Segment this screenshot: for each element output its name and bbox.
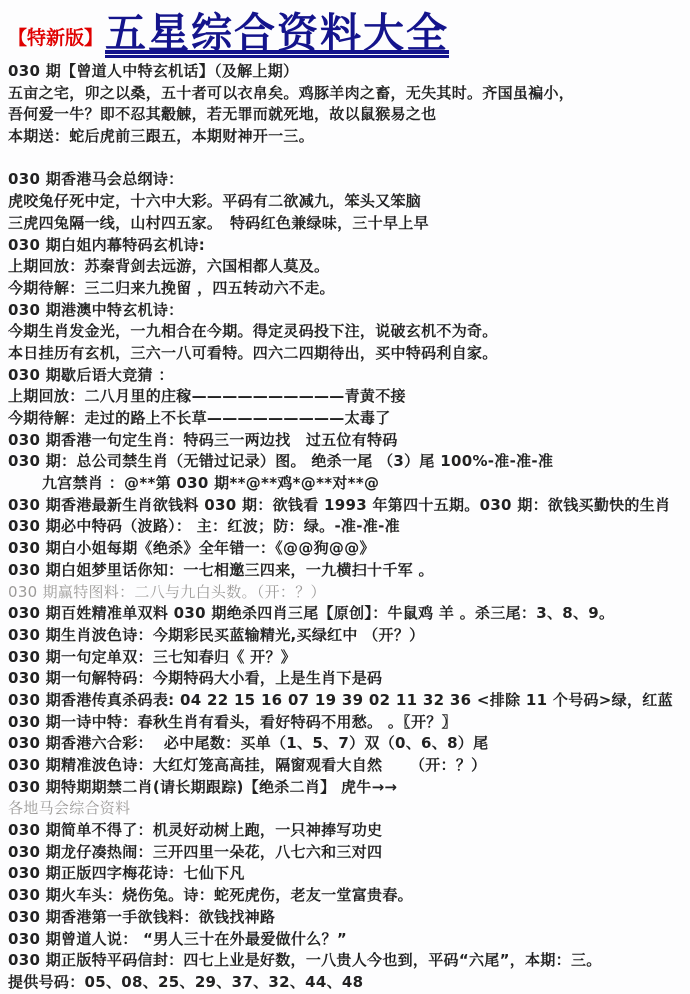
content-lines: 030 期【曾道人中特玄机话】（及解上期）五亩之宅，卯之以桑，五十者可以衣帛矣。… xyxy=(8,61,690,994)
text-line: 030 期特期期禁二肖(请长期跟踪)【绝杀二肖】 虎牛→→ xyxy=(8,777,690,799)
page-title: 五星综合资料大全 xyxy=(105,13,449,58)
text-line: 030 期白小姐每期《绝杀》全年错一：《@@狗@@》 xyxy=(8,538,690,560)
text-line: 030 期：总公司禁生肖（无错过记录）图。 绝杀一尾 （3）尾 100%-准-准… xyxy=(8,451,690,473)
text-line: 030 期必中特码（波路）： 主：红波；防：绿。-准-准-准 xyxy=(8,516,690,538)
text-line: 030 期歇后语大竞猜 ： xyxy=(8,365,690,387)
text-line: 030 期火车头：烧伤兔。诗：蛇死虎伤，老友一堂富贵春。 xyxy=(8,885,690,907)
text-line: 030 期赢特图料：二八与九白头数。（开：？） xyxy=(8,582,690,604)
text-line: 030 期一句解特码：今期特码大小看，上是生肖下是码 xyxy=(8,668,690,690)
text-line: 本日挂历有玄机，三六一八可看特。四六二四期待出，买中特码利自家。 xyxy=(8,343,690,365)
text-line: 030 期香港传真杀码表: 04 22 15 16 07 19 39 02 11… xyxy=(8,690,690,712)
text-line: 上期回放：二八月里的庄稼——————————青黄不接 xyxy=(8,386,690,408)
text-line: 030 期一诗中特：春秋生肖有看头，看好特码不用愁。 。〖开？〗 xyxy=(8,712,690,734)
text-line: 上期回放：苏秦背剑去远游，六国相都人莫及。 xyxy=(8,256,690,278)
text-line: 五亩之宅，卯之以桑，五十者可以衣帛矣。鸡豚羊肉之畜，无失其时。齐国虽褊小， xyxy=(8,83,690,105)
info-sheet-page: 【特新版】 五星综合资料大全 030 期【曾道人中特玄机话】（及解上期）五亩之宅… xyxy=(0,0,690,994)
text-line: 吾何爱一牛？即不忍其觳觫，若无罪而就死地，故以鼠猴易之也 xyxy=(8,104,690,126)
text-line: 提供号码：05、08、25、29、37、32、44、48 xyxy=(8,972,690,994)
text-line: 九宫禁肖 ：@**第 030 期**@**鸡*@**对**@ xyxy=(8,473,690,495)
text-line: 030 期白姐梦里话你知：一七相邀三四来，一九横扫十千军 。 xyxy=(8,560,690,582)
edition-badge: 【特新版】 xyxy=(8,23,103,50)
text-line: 030 期简单不得了：机灵好动树上跑，一只神捧写功史 xyxy=(8,820,690,842)
text-line: 030 期【曾道人中特玄机话】（及解上期） xyxy=(8,61,690,83)
text-line: 030 期精准波色诗：大红灯笼高高挂，隔窗观看大自然 （开：？） xyxy=(8,755,690,777)
text-line: 030 期香港马会总纲诗： xyxy=(8,169,690,191)
text-line: 各地马会综合资料 xyxy=(8,798,690,820)
text-line: 030 期生肖波色诗：今期彩民买蓝输精光,买绿红中 （开？） xyxy=(8,625,690,647)
text-line: 030 期龙仔凑热闹：三开四里一朵花，八七六和三对四 xyxy=(8,842,690,864)
text-line: 030 期曾道人说： “男人三十在外最爱做什么？” xyxy=(8,929,690,951)
text-line: 030 期香港一句定生肖：特码三一两边找 过五位有特码 xyxy=(8,430,690,452)
text-line: 030 期香港第一手欲钱料：欲钱找神路 xyxy=(8,907,690,929)
text-line: 今期待解：三二归来九挽留 ，四五转动六不走。 xyxy=(8,278,690,300)
text-line: 030 期正版特平码信封：四七上业是好数，一八贵人今也到，平码“六尾”，本期：三… xyxy=(8,950,690,972)
text-line: 030 期香港六合彩： 必中尾数：买单（1、5、7）双（0、6、8）尾 xyxy=(8,733,690,755)
blank-line xyxy=(8,148,690,170)
text-line: 030 期白姐内幕特码玄机诗: xyxy=(8,235,690,257)
text-line: 本期送：蛇后虎前三跟五，本期财神开一三。 xyxy=(8,126,690,148)
text-line: 030 期港澳中特玄机诗： xyxy=(8,300,690,322)
text-line: 030 期正版四字梅花诗：七仙下凡 xyxy=(8,863,690,885)
text-line: 030 期香港最新生肖欲钱料 030 期：欲钱看 1993 年第四十五期。030… xyxy=(8,495,690,517)
page-header: 【特新版】 五星综合资料大全 xyxy=(8,0,690,58)
text-line: 三虎四兔隔一线，山村四五家。 特码红色兼绿味，三十早上早 xyxy=(8,213,690,235)
text-line: 今期生肖发金光，一九相合在今期。得定灵码投下注，说破玄机不为奇。 xyxy=(8,321,690,343)
text-line: 030 期百姓精准单双料 030 期绝杀四肖三尾【原创】：牛鼠鸡 羊 。杀三尾：… xyxy=(8,603,690,625)
text-line: 虎咬兔仔死中定，十六中大彩。平码有二欲减九，笨头又笨脑 xyxy=(8,191,690,213)
text-line: 今期待解：走过的路上不长草—————————太毒了 xyxy=(8,408,690,430)
text-line: 030 期一句定单双：三七知春归《 开？》 xyxy=(8,647,690,669)
